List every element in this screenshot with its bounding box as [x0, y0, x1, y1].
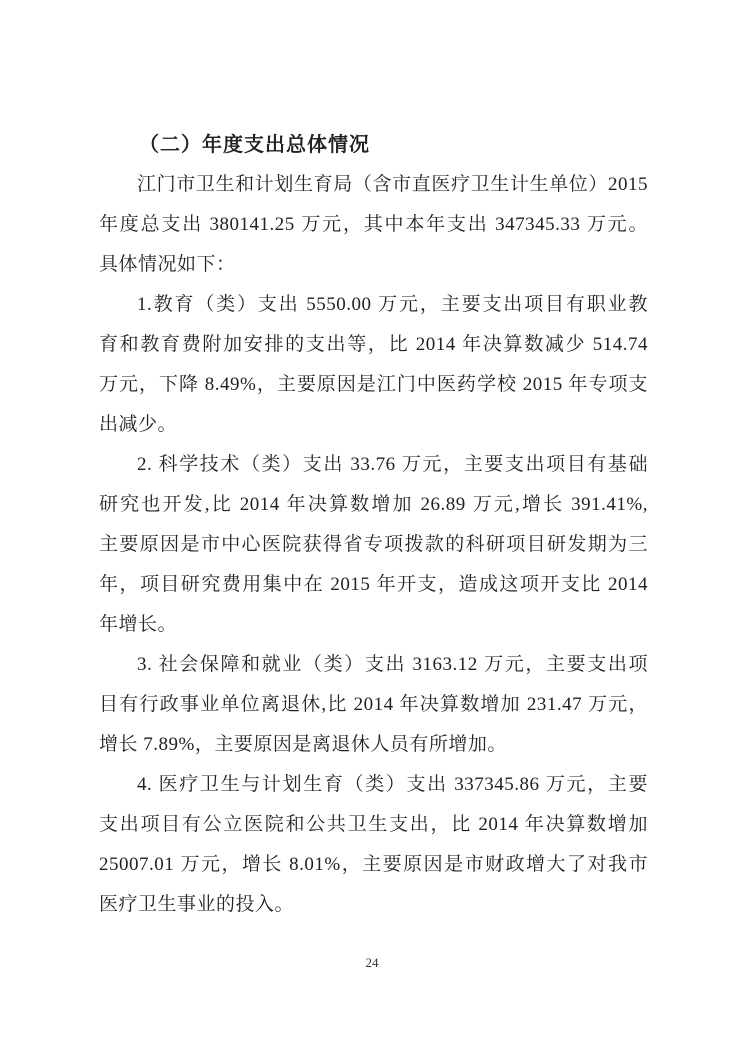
text-line: 1.教育（类）支出 5550.00 万元，主要支出项目有职业教 — [99, 285, 648, 325]
section-heading: （二）年度支出总体情况 — [99, 125, 648, 165]
page-number: 24 — [0, 955, 744, 971]
text-line: 增长 7.89%，主要原因是离退休人员有所增加。 — [99, 725, 648, 765]
text-line: 年度总支出 380141.25 万元，其中本年支出 347345.33 万元。 — [99, 205, 648, 245]
text-line: 具体情况如下： — [99, 245, 648, 285]
text-line: 年，项目研究费用集中在 2015 年开支，造成这项开支比 2014 — [99, 565, 648, 605]
text-line: 2. 科学技术（类）支出 33.76 万元，主要支出项目有基础 — [99, 445, 648, 485]
text-line: 出减少。 — [99, 405, 648, 445]
text-line: 主要原因是市中心医院获得省专项拨款的科研项目研发期为三 — [99, 525, 648, 565]
text-line: 医疗卫生事业的投入。 — [99, 885, 648, 925]
text-line: 研究也开发,比 2014 年决算数增加 26.89 万元,增长 391.41%, — [99, 485, 648, 525]
text-line: 4. 医疗卫生与计划生育（类）支出 337345.86 万元，主要 — [99, 765, 648, 805]
text-line: 目有行政事业单位离退休,比 2014 年决算数增加 231.47 万元， — [99, 685, 648, 725]
text-line: 3. 社会保障和就业（类）支出 3163.12 万元，主要支出项 — [99, 645, 648, 685]
text-line: 万元，下降 8.49%，主要原因是江门中医药学校 2015 年专项支 — [99, 365, 648, 405]
page-content: （二）年度支出总体情况江门市卫生和计划生育局（含市直医疗卫生计生单位）2015年… — [99, 125, 648, 925]
text-line: 25007.01 万元，增长 8.01%，主要原因是市财政增大了对我市 — [99, 845, 648, 885]
text-line: 支出项目有公立医院和公共卫生支出，比 2014 年决算数增加 — [99, 805, 648, 845]
text-line: 年增长。 — [99, 605, 648, 645]
document-page: （二）年度支出总体情况江门市卫生和计划生育局（含市直医疗卫生计生单位）2015年… — [0, 0, 744, 1052]
text-line: 育和教育费附加安排的支出等，比 2014 年决算数减少 514.74 — [99, 325, 648, 365]
text-line: 江门市卫生和计划生育局（含市直医疗卫生计生单位）2015 — [99, 165, 648, 205]
